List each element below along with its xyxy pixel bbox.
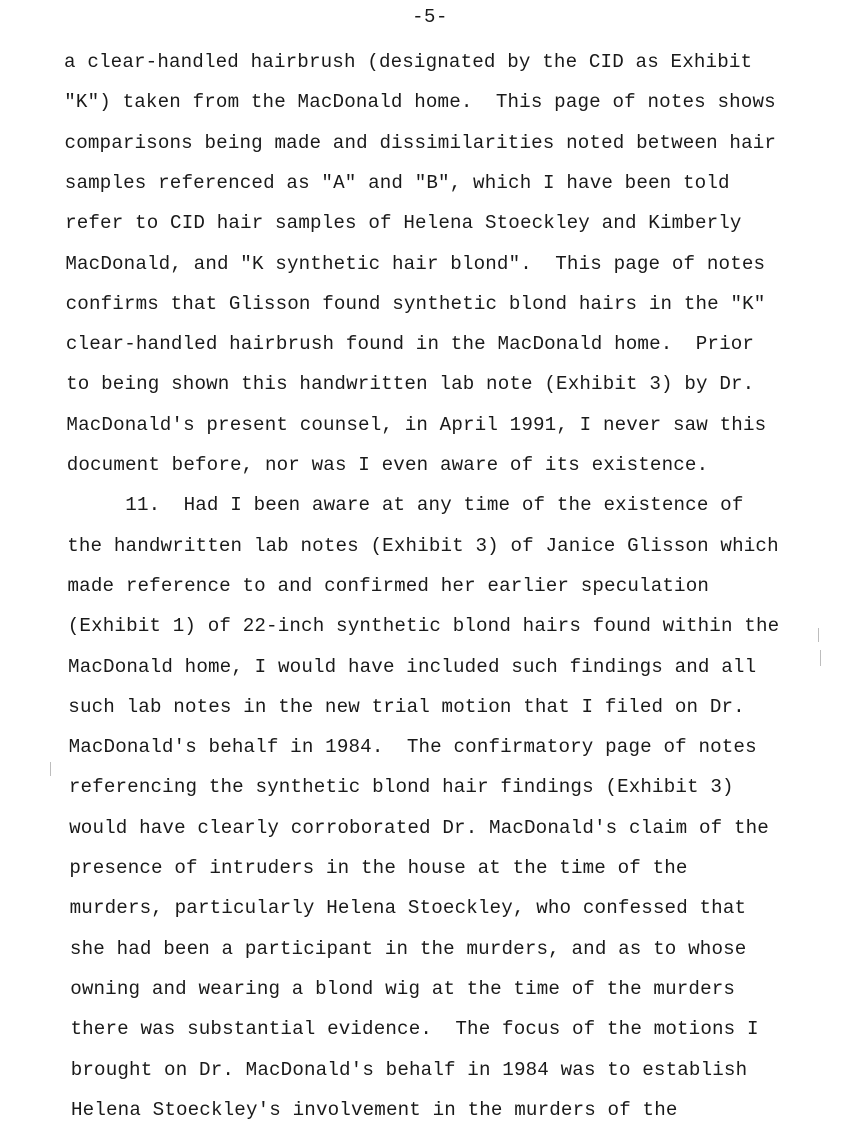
- text-line: a clear-handled hairbrush (designated by…: [64, 50, 752, 74]
- text-line: (Exhibit 1) of 22-inch synthetic blond h…: [68, 614, 780, 638]
- text-line: comparisons being made and dissimilariti…: [65, 131, 777, 155]
- text-line: murders, particularly Helena Stoeckley, …: [70, 896, 747, 920]
- text-line: MacDonald's present counsel, in April 19…: [66, 413, 766, 437]
- text-line: confirms that Glisson found synthetic bl…: [66, 292, 766, 316]
- text-line: MacDonald home, I would have included su…: [68, 655, 756, 679]
- text-line: clear-handled hairbrush found in the Mac…: [66, 332, 754, 356]
- text-line: made reference to and confirmed her earl…: [68, 574, 710, 598]
- scan-artifact: [50, 762, 51, 776]
- text-line: MacDonald's behalf in 1984. The confirma…: [69, 735, 757, 759]
- text-line: 11. Had I been aware at any time of the …: [67, 493, 744, 517]
- text-line: referencing the synthetic blond hair fin…: [69, 775, 734, 799]
- text-line: Helena Stoeckley's involvement in the mu…: [71, 1098, 678, 1122]
- text-line: presence of intruders in the house at th…: [69, 856, 687, 880]
- text-line: would have clearly corroborated Dr. MacD…: [69, 816, 769, 840]
- scan-artifact: [820, 650, 821, 666]
- text-line: such lab notes in the new trial motion t…: [68, 695, 745, 719]
- scan-artifact: [818, 628, 819, 642]
- page-number: -5-: [0, 6, 860, 28]
- text-line: there was substantial evidence. The focu…: [70, 1017, 758, 1041]
- text-line: owning and wearing a blond wig at the ti…: [70, 977, 735, 1001]
- text-line: brought on Dr. MacDonald's behalf in 198…: [71, 1058, 748, 1082]
- text-line: to being shown this handwritten lab note…: [66, 372, 754, 396]
- text-line: refer to CID hair samples of Helena Stoe…: [65, 211, 742, 235]
- text-line: she had been a participant in the murder…: [70, 937, 747, 961]
- text-line: samples referenced as "A" and "B", which…: [65, 171, 730, 195]
- text-line: document before, nor was I even aware of…: [67, 453, 709, 477]
- text-line: "K") taken from the MacDonald home. This…: [64, 90, 776, 114]
- text-line: MacDonald, and "K synthetic hair blond".…: [65, 252, 765, 276]
- text-line: the handwritten lab notes (Exhibit 3) of…: [67, 534, 779, 558]
- document-page: -5- a clear-handled hairbrush (designate…: [0, 0, 860, 1142]
